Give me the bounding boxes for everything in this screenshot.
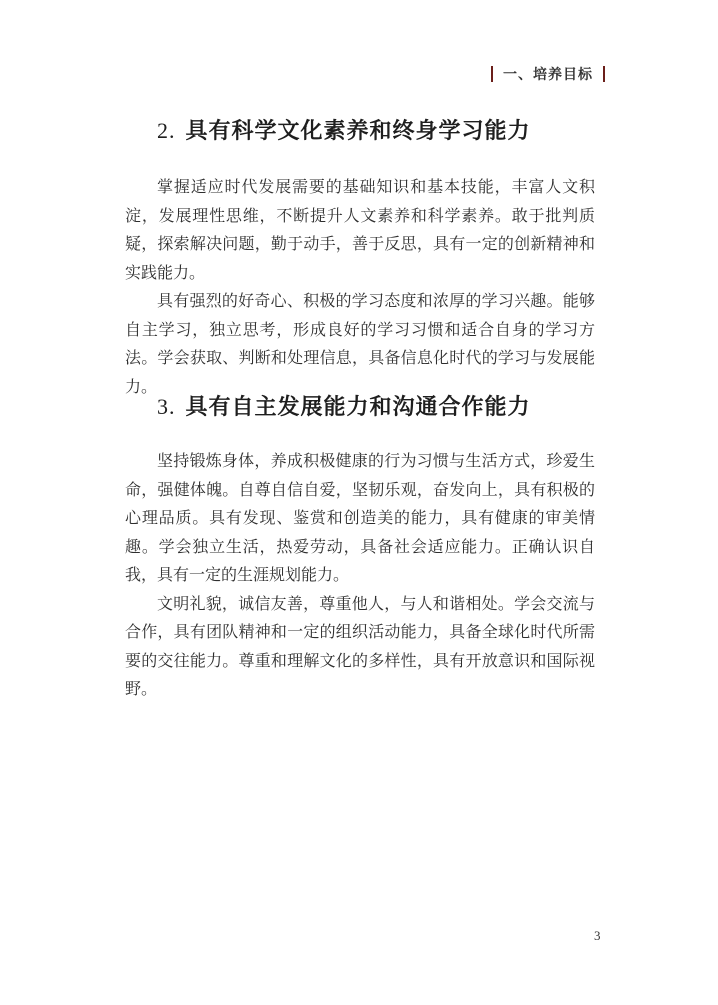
running-head-label: 一、培养目标: [503, 64, 593, 84]
section-heading: 具有科学文化素养和终身学习能力: [186, 118, 531, 144]
running-head: 一、培养目标: [481, 64, 615, 84]
page-number: 3: [594, 928, 601, 944]
separator-bar-right: [603, 66, 605, 82]
section-title-2: 2.具有科学文化素养和终身学习能力: [157, 114, 531, 145]
paragraph: 掌握适应时代发展需要的基础知识和基本技能，丰富人文积淀，发展理性思维，不断提升人…: [125, 173, 595, 287]
section-number: 3.: [157, 394, 176, 419]
separator-bar-left: [491, 66, 493, 82]
paragraph: 坚持锻炼身体，养成积极健康的行为习惯与生活方式，珍爱生命，强健体魄。自尊自信自爱…: [125, 447, 595, 590]
section-2-body: 掌握适应时代发展需要的基础知识和基本技能，丰富人文积淀，发展理性思维，不断提升人…: [125, 173, 595, 401]
section-number: 2.: [157, 118, 176, 143]
paragraph: 文明礼貌，诚信友善，尊重他人，与人和谐相处。学会交流与合作，具有团队精神和一定的…: [125, 590, 595, 704]
paragraph: 具有强烈的好奇心、积极的学习态度和浓厚的学习兴趣。能够自主学习，独立思考，形成良…: [125, 287, 595, 401]
section-3-body: 坚持锻炼身体，养成积极健康的行为习惯与生活方式，珍爱生命，强健体魄。自尊自信自爱…: [125, 447, 595, 704]
section-title-3: 3.具有自主发展能力和沟通合作能力: [157, 390, 531, 421]
section-heading: 具有自主发展能力和沟通合作能力: [186, 394, 531, 420]
